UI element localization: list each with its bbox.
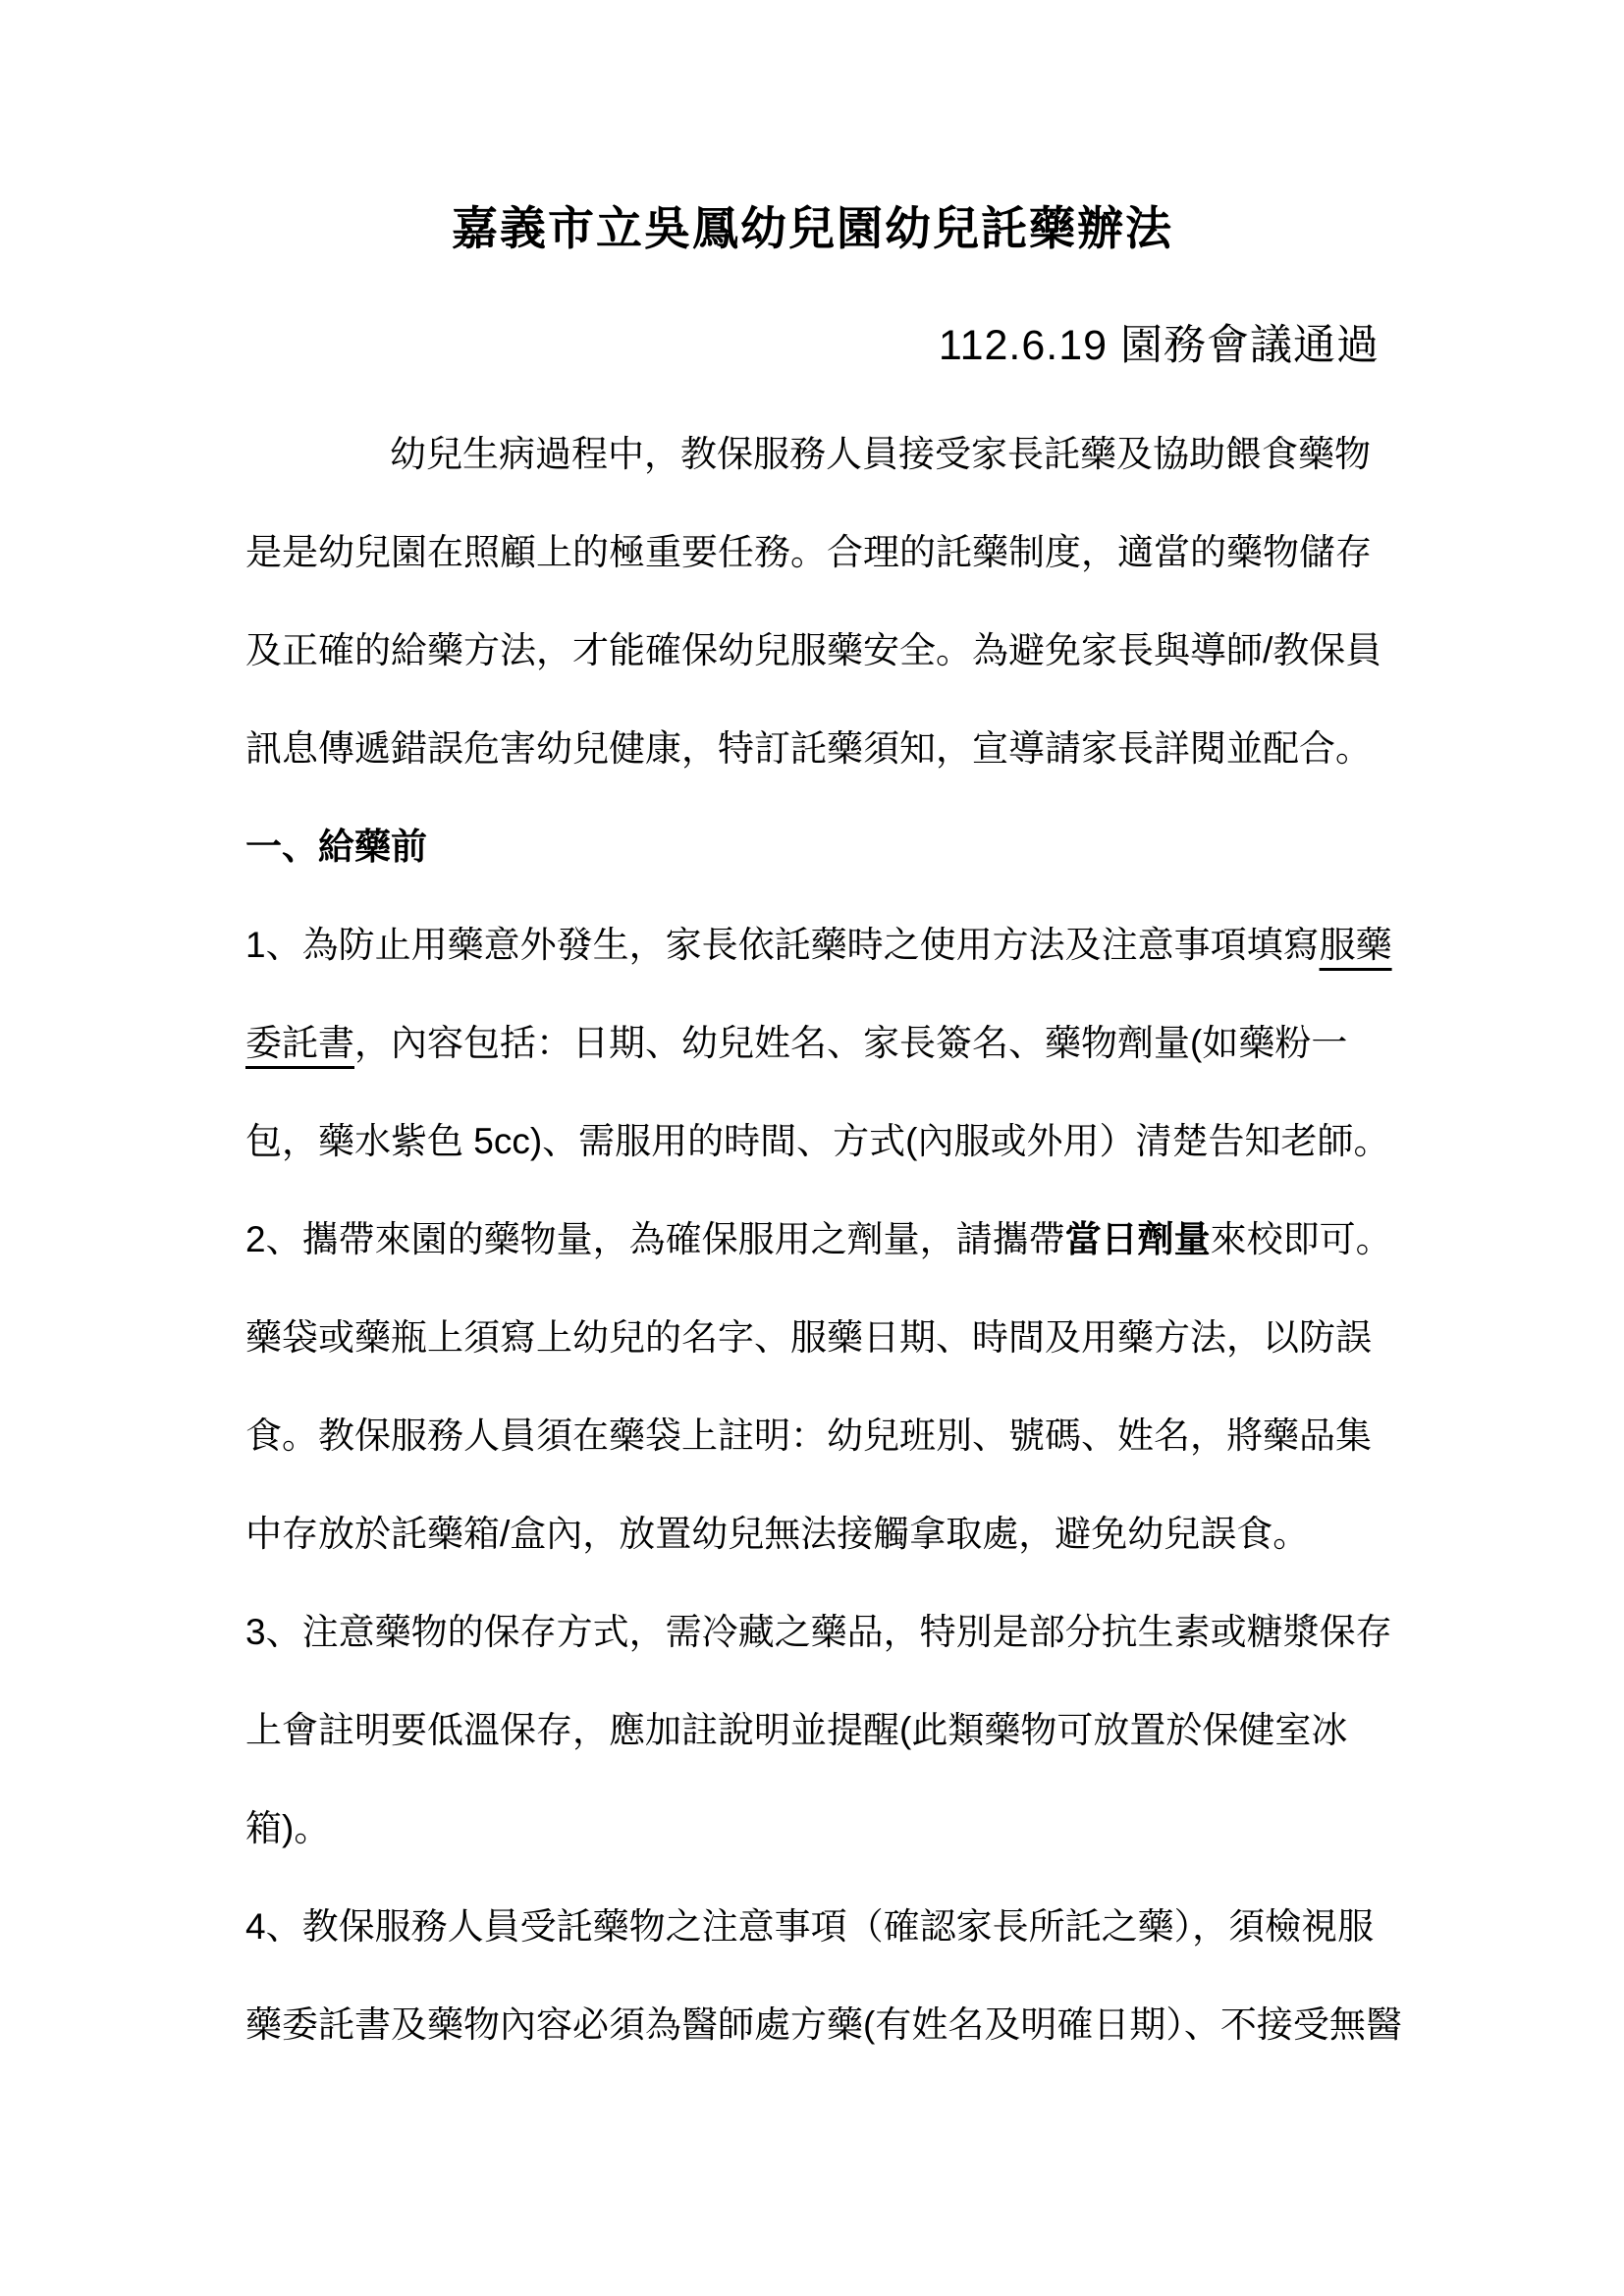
- text-run: 4、教保服務人員受託藥物之注意事項（確認家長所託之藥），須檢視服: [245, 1906, 1374, 1947]
- text-run: 來校即可。: [1211, 1219, 1392, 1259]
- text-run: 藥委託書及藥物內容必須為醫師處方藥(有姓名及明確日期）、不接受無醫: [245, 2004, 1402, 2045]
- text-run: 訊息傳遞錯誤危害幼兒健康，特訂託藥須知，宣導請家長詳閱並配合。: [245, 728, 1372, 769]
- underlined-text: 委託書: [245, 1023, 354, 1063]
- bold-text: 一、給藥前: [245, 827, 427, 867]
- text-line: 中存放於託藥箱/盒內，放置幼兒無法接觸拿取處，避免幼兒誤食。: [245, 1485, 1384, 1583]
- text-run: 2、攜帶來園的藥物量，為確保服用之劑量，請攜帶: [245, 1219, 1065, 1259]
- text-run: 幼兒生病過程中，教保服務人員接受家長託藥及協助餵食藥物: [390, 434, 1371, 474]
- text-line: 包，藥水紫色 5cc)、需服用的時間、方式(內服或外用）清楚告知老師。: [245, 1093, 1384, 1191]
- document-page: 嘉義市立吳鳳幼兒園幼兒託藥辦法 112.6.19 園務會議通過 幼兒生病過程中，…: [0, 0, 1624, 2296]
- text-line: 一、給藥前: [245, 798, 1384, 896]
- text-line: 藥委託書及藥物內容必須為醫師處方藥(有姓名及明確日期）、不接受無醫: [245, 1976, 1384, 2074]
- text-run: 3、注意藥物的保存方式，需冷藏之藥品，特別是部分抗生素或糖漿保存: [245, 1612, 1392, 1652]
- text-line: 3、注意藥物的保存方式，需冷藏之藥品，特別是部分抗生素或糖漿保存: [245, 1583, 1384, 1682]
- text-line: 是是幼兒園在照顧上的極重要任務。合理的託藥制度，適當的藥物儲存: [245, 504, 1384, 602]
- text-line: 委託書，內容包括：日期、幼兒姓名、家長簽名、藥物劑量(如藥粉一: [245, 994, 1384, 1093]
- bold-text: 當日劑量: [1065, 1219, 1211, 1259]
- document-title: 嘉義市立吳鳳幼兒園幼兒託藥辦法: [245, 192, 1380, 258]
- text-line: 4、教保服務人員受託藥物之注意事項（確認家長所託之藥），須檢視服: [245, 1878, 1384, 1976]
- document-body: 幼兒生病過程中，教保服務人員接受家長託藥及協助餵食藥物是是幼兒園在照顧上的極重要…: [245, 405, 1384, 2074]
- text-run: 1、為防止用藥意外發生，家長依託藥時之使用方法及注意事項填寫: [245, 925, 1320, 965]
- text-run: ，內容包括：日期、幼兒姓名、家長簽名、藥物劑量(如藥粉一: [354, 1023, 1347, 1063]
- text-line: 訊息傳遞錯誤危害幼兒健康，特訂託藥須知，宣導請家長詳閱並配合。: [245, 700, 1384, 798]
- approval-note: 112.6.19 園務會議通過: [245, 312, 1380, 372]
- text-line: 上會註明要低溫保存，應加註說明並提醒(此類藥物可放置於保健室冰: [245, 1682, 1384, 1780]
- text-run: 上會註明要低溫保存，應加註說明並提醒(此類藥物可放置於保健室冰: [245, 1710, 1347, 1750]
- text-line: 幼兒生病過程中，教保服務人員接受家長託藥及協助餵食藥物: [245, 405, 1384, 504]
- text-line: 1、為防止用藥意外發生，家長依託藥時之使用方法及注意事項填寫服藥: [245, 896, 1384, 994]
- text-run: 箱)。: [245, 1808, 330, 1848]
- text-run: 是是幼兒園在照顧上的極重要任務。合理的託藥制度，適當的藥物儲存: [245, 532, 1372, 572]
- text-run: 包，藥水紫色 5cc)、需服用的時間、方式(內服或外用）清楚告知老師。: [245, 1121, 1390, 1161]
- text-line: 食。教保服務人員須在藥袋上註明：幼兒班別、號碼、姓名，將藥品集: [245, 1387, 1384, 1485]
- text-line: 箱)。: [245, 1780, 1384, 1878]
- text-line: 藥袋或藥瓶上須寫上幼兒的名字、服藥日期、時間及用藥方法，以防誤: [245, 1289, 1384, 1387]
- text-line: 及正確的給藥方法，才能確保幼兒服藥安全。為避免家長與導師/教保員: [245, 602, 1384, 700]
- text-line: 2、攜帶來園的藥物量，為確保服用之劑量，請攜帶當日劑量來校即可。: [245, 1191, 1384, 1289]
- text-run: 食。教保服務人員須在藥袋上註明：幼兒班別、號碼、姓名，將藥品集: [245, 1415, 1372, 1456]
- text-run: 中存放於託藥箱/盒內，放置幼兒無法接觸拿取處，避免幼兒誤食。: [245, 1514, 1309, 1554]
- text-run: 藥袋或藥瓶上須寫上幼兒的名字、服藥日期、時間及用藥方法，以防誤: [245, 1317, 1372, 1358]
- text-run: 及正確的給藥方法，才能確保幼兒服藥安全。為避免家長與導師/教保員: [245, 630, 1381, 670]
- underlined-text: 服藥: [1320, 925, 1392, 965]
